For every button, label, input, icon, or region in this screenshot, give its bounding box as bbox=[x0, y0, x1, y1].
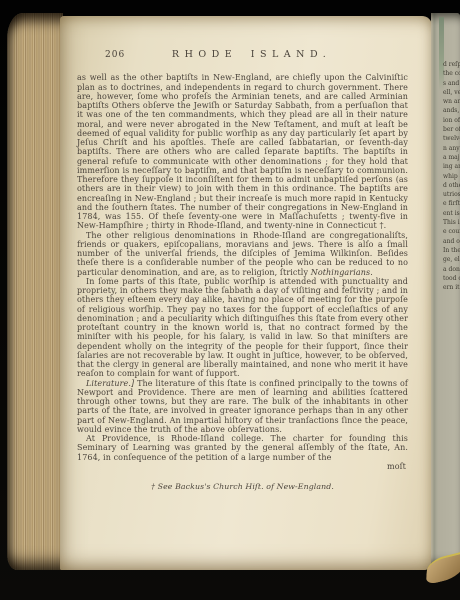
page-header: 206 RHODE ISLAND. bbox=[77, 50, 408, 60]
page-number: 206 bbox=[105, 51, 125, 60]
facing-page-text-fragment: tood o bbox=[443, 274, 460, 283]
facing-page-text-fragment: ell, ve p bbox=[443, 88, 460, 97]
facing-page-text-fragment: This i bbox=[443, 218, 460, 227]
facing-page-text-fragment: whip a bbox=[443, 172, 460, 181]
facing-page-text-fragment: ern it bbox=[443, 283, 460, 292]
facing-page-text-fragment: ent is b bbox=[443, 209, 460, 218]
paragraph-text: In ſome parts of this ſtate, public worſ… bbox=[77, 277, 408, 379]
running-title: RHODE ISLAND. bbox=[125, 50, 408, 59]
facing-page-sliver: d reſpectethe collegs and Foell, ve pwn … bbox=[431, 13, 460, 566]
facing-page-text-fragment: twelve, bbox=[443, 134, 460, 143]
paragraph-text: The literature of this ſtate is confined… bbox=[77, 379, 408, 434]
facing-page-text-fragment: ing an bbox=[443, 162, 460, 171]
paragraph-text: as well as the other baptiſts in New-Eng… bbox=[77, 73, 408, 230]
catchword-text: moſt bbox=[387, 462, 406, 471]
page-text-block: 206 RHODE ISLAND. as well as the other b… bbox=[77, 50, 408, 491]
facing-page-text-fragment: ands, f bbox=[443, 106, 460, 115]
footnote: † See Backus's Church Hiſt. of New-Engla… bbox=[77, 482, 408, 491]
paragraph: At Providence, is Rhode-Iſland college. … bbox=[77, 434, 408, 462]
facing-page-text-fragment: d othe bbox=[443, 181, 460, 190]
facing-page-text-fragment: the colleg bbox=[443, 69, 460, 78]
paragraph: In ſome parts of this ſtate, public worſ… bbox=[77, 277, 408, 379]
facing-page-fragments: d reſpectethe collegs and Foell, ve pwn … bbox=[443, 60, 460, 292]
facing-page-text-fragment: e coun bbox=[443, 227, 460, 236]
facing-page-text-fragment: utrios bbox=[443, 190, 460, 199]
facing-page-text-fragment: a don bbox=[443, 265, 460, 274]
facing-page-text-fragment: ge, ele bbox=[443, 255, 460, 264]
photo-background: 206 RHODE ISLAND. as well as the other b… bbox=[0, 0, 460, 600]
paragraph-text: At Providence, is Rhode-Iſland college. … bbox=[77, 434, 408, 462]
book-page: 206 RHODE ISLAND. as well as the other b… bbox=[60, 16, 432, 570]
footnote-dagger-icon: † bbox=[151, 482, 155, 491]
footnote-text: See Backus's Church Hiſt. of New-England… bbox=[158, 482, 334, 491]
facing-page-text-fragment: a maj bbox=[443, 153, 460, 162]
paragraph-text: . bbox=[370, 268, 373, 277]
italic-term: Nothingarians bbox=[311, 268, 371, 277]
facing-page-text-fragment: and of bbox=[443, 237, 460, 246]
paragraph: The other religious denominations in Rho… bbox=[77, 231, 408, 277]
section-head-literature: Literature.] bbox=[86, 379, 134, 388]
facing-page-text-fragment: d reſpecte bbox=[443, 60, 460, 69]
paragraph: as well as the other baptiſts in New-Eng… bbox=[77, 73, 408, 230]
catchword: moſt bbox=[77, 462, 408, 471]
facing-page-text-fragment: wn are bbox=[443, 97, 460, 106]
facing-page-text-fragment: e firſt bbox=[443, 199, 460, 208]
facing-page-text-fragment: ber of t bbox=[443, 125, 460, 134]
book-page-edges bbox=[7, 13, 63, 570]
facing-page-text-fragment: ion of bbox=[443, 116, 460, 125]
facing-page-text-fragment: In the bbox=[443, 246, 460, 255]
paragraph: Literature.] The literature of this ſtat… bbox=[77, 379, 408, 435]
facing-page-text-fragment: n any d bbox=[443, 144, 460, 153]
facing-page-text-fragment: s and Fo bbox=[443, 79, 460, 88]
